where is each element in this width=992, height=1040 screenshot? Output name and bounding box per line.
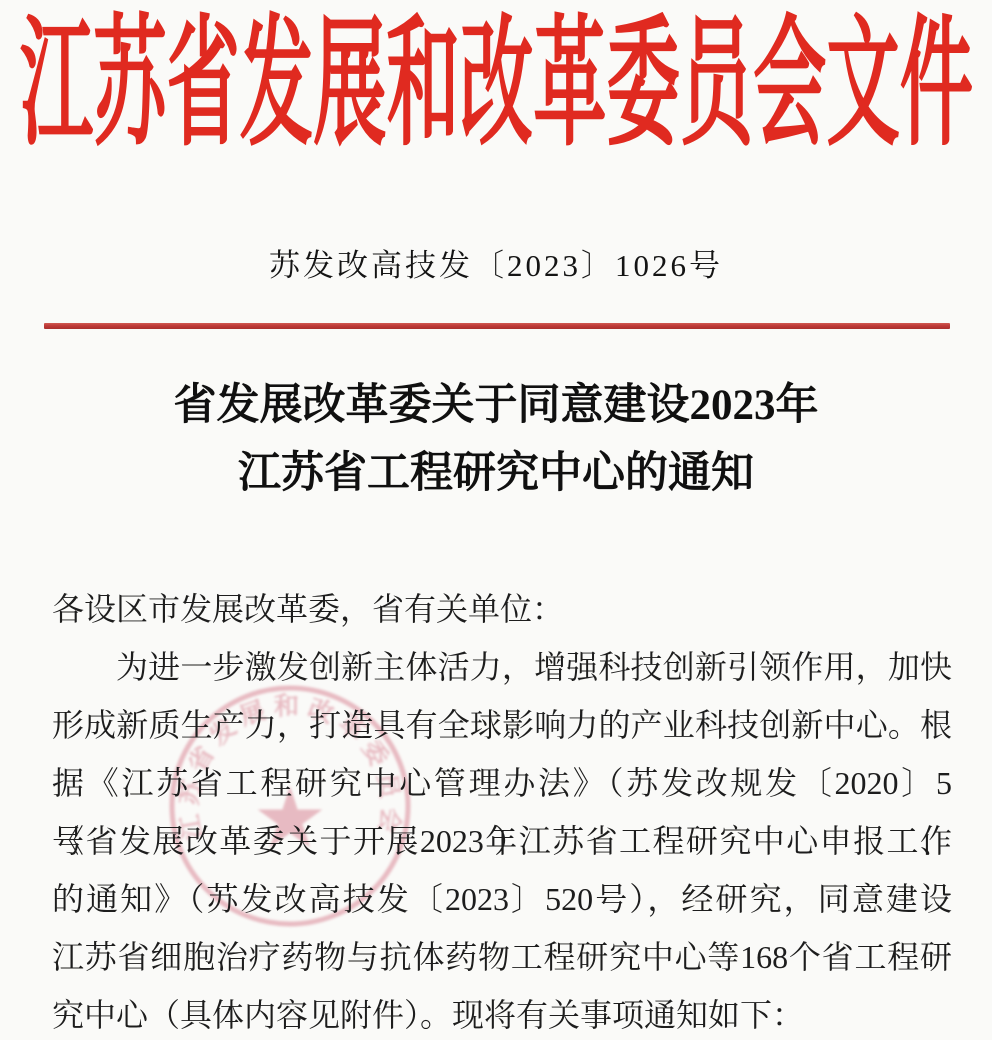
document-number: 苏发改高技发〔2023〕1026号: [0, 240, 992, 285]
body-line: 为进一步激发创新主体活力，增强科技创新引领作用，加快: [52, 638, 952, 696]
document-page: 江苏省发展和改革委员会文件 苏发改高技发〔2023〕1026号 省发展改革委关于…: [0, 0, 992, 1040]
red-divider-line: [44, 323, 950, 329]
document-title: 省发展改革委关于同意建设2023年 江苏省工程研究中心的通知: [0, 372, 992, 508]
document-body: 各设区市发展改革委，省有关单位： 为进一步激发创新主体活力，增强科技创新引领作用…: [52, 580, 952, 1040]
body-line: 的通知》（苏发改高技发〔2023〕520号），经研究，同意建设: [52, 870, 952, 928]
body-line: 江苏省细胞治疗药物与抗体药物工程研究中心等168个省工程研: [52, 928, 952, 986]
agency-name-header: 江苏省发展和改革委员会文件: [19, 15, 972, 156]
document-header-banner: 江苏省发展和改革委员会文件: [0, 0, 992, 170]
recipients-line: 各设区市发展改革委，省有关单位：: [52, 580, 952, 638]
body-line: 究中心（具体内容见附件）。现将有关事项通知如下：: [52, 986, 952, 1040]
title-line-1: 省发展改革委关于同意建设2023年: [0, 372, 992, 440]
body-line: 据《江苏省工程研究中心管理办法》（苏发改规发〔2020〕5号）、: [52, 754, 952, 812]
title-line-2: 江苏省工程研究中心的通知: [0, 440, 992, 508]
body-line: 形成新质生产力，打造具有全球影响力的产业科技创新中心。根: [52, 696, 952, 754]
body-line: 《省发展改革委关于开展2023年江苏省工程研究中心申报工作: [52, 812, 952, 870]
